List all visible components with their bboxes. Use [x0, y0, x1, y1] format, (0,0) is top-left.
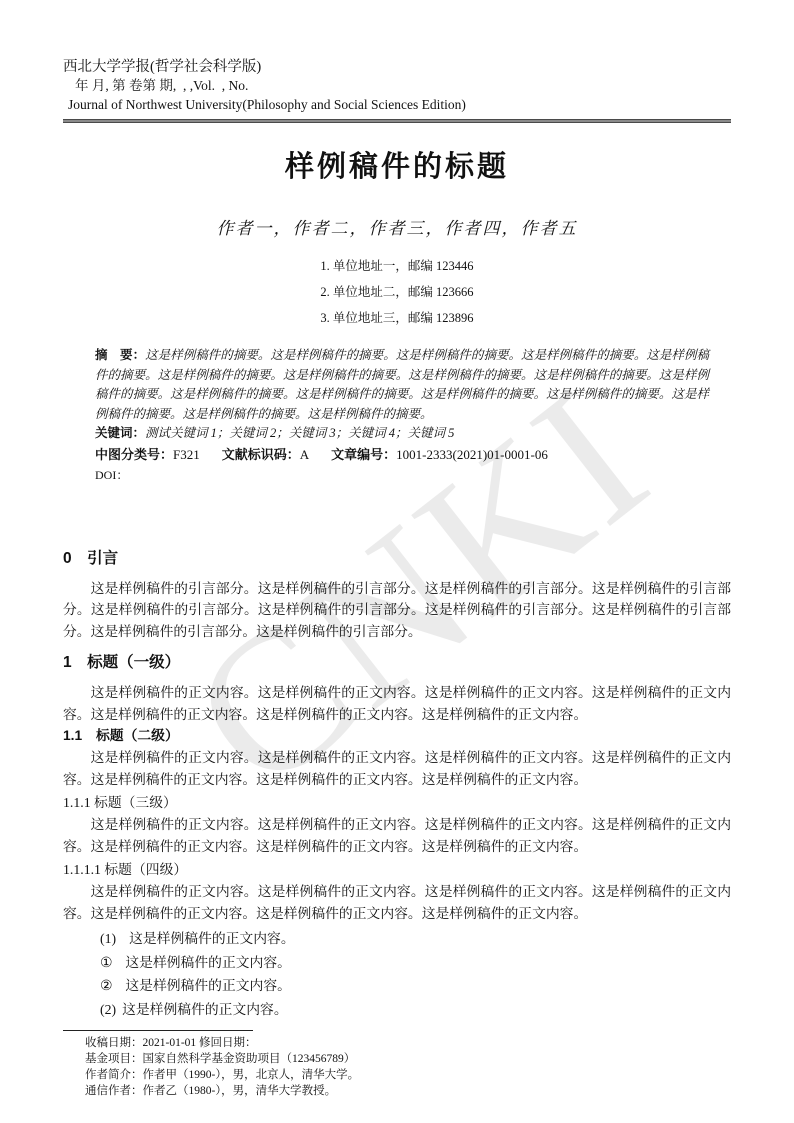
keywords-text: 测试关键词 1；关键词 2；关键词 3；关键词 4；关键词 5 — [145, 426, 454, 440]
article-title: 样例稿件的标题 — [63, 149, 731, 185]
section-heading-intro: 0 引言 — [63, 549, 731, 569]
list-item: (2)这是样例稿件的正文内容。 — [63, 998, 731, 1022]
list-item-text: 这是样例稿件的正文内容。 — [125, 955, 291, 970]
list-item: (1)这是样例稿件的正文内容。 — [63, 927, 731, 951]
footnote-author-bio: 作者简介：作者甲（1990-），男，北京人，清华大学。 — [85, 1067, 731, 1083]
abstract-label: 摘 要： — [95, 348, 145, 362]
keywords-line: 关键词：测试关键词 1；关键词 2；关键词 3；关键词 4；关键词 5 — [95, 424, 709, 444]
abstract-block: 摘 要：这是样例稿件的摘要。这是样例稿件的摘要。这是样例稿件的摘要。这是样例稿件… — [95, 346, 709, 424]
affiliation-list: 1. 单位地址一，邮编 123446 2. 单位地址二，邮编 123666 3.… — [63, 253, 731, 331]
journal-name-cn: 西北大学学报(哲学社会科学版) — [63, 0, 731, 76]
doc-code-label: 文献标识码： — [222, 447, 300, 462]
footnote-rule — [63, 1030, 253, 1031]
clc-label: 中图分类号： — [95, 447, 173, 462]
affiliation-item: 1. 单位地址一，邮编 123446 — [63, 253, 731, 279]
list-item-text: 这是样例稿件的正文内容。 — [122, 1002, 288, 1017]
body-paragraph: 这是样例稿件的正文内容。这是样例稿件的正文内容。这是样例稿件的正文内容。这是样例… — [63, 814, 731, 857]
section-heading-1-1-1: 1.1.1 标题（三级） — [63, 794, 731, 812]
list-item-marker: (1) — [100, 927, 116, 951]
list-item-marker: (2) — [100, 998, 116, 1022]
journal-name-en: Journal of Northwest University(Philosop… — [63, 95, 731, 114]
footnote-corresponding-author: 通信作者：作者乙（1980-），男，清华大学教授。 — [85, 1083, 731, 1099]
list-item-marker: ① — [100, 951, 112, 975]
body-paragraph: 这是样例稿件的正文内容。这是样例稿件的正文内容。这是样例稿件的正文内容。这是样例… — [63, 682, 731, 725]
list-item-text: 这是样例稿件的正文内容。 — [129, 931, 295, 946]
footnote-funding: 基金项目：国家自然科学基金资助项目（123456789） — [85, 1051, 731, 1067]
header-double-rule — [63, 119, 731, 123]
list-item: ①这是样例稿件的正文内容。 — [63, 951, 731, 975]
page-content: 西北大学学报(哲学社会科学版) 年 月, 第 卷第 期, , ,Vol. , N… — [63, 0, 731, 1099]
affiliation-item: 2. 单位地址二，邮编 123666 — [63, 279, 731, 305]
article-id-pair: 文章编号：1001-2333(2021)01-0001-06 — [331, 447, 548, 462]
clc-pair: 中图分类号：F321 — [95, 447, 200, 462]
section-heading-1-1-1-1: 1.1.1.1 标题（四级） — [63, 861, 731, 879]
section-heading-1-1: 1.1 标题（二级） — [63, 727, 731, 745]
doc-code-pair: 文献标识码：A — [222, 447, 309, 462]
clc-value: F321 — [173, 447, 200, 462]
body-paragraph: 这是样例稿件的正文内容。这是样例稿件的正文内容。这是样例稿件的正文内容。这是样例… — [63, 881, 731, 924]
article-id-label: 文章编号： — [331, 447, 396, 462]
numbered-list: (1)这是样例稿件的正文内容。 ①这是样例稿件的正文内容。 ②这是样例稿件的正文… — [63, 927, 731, 1021]
list-item-marker: ② — [100, 974, 112, 998]
classification-line: 中图分类号：F321文献标识码：A文章编号：1001-2333(2021)01-… — [95, 445, 709, 465]
intro-paragraph: 这是样例稿件的引言部分。这是样例稿件的引言部分。这是样例稿件的引言部分。这是样例… — [63, 578, 731, 643]
affiliation-item: 3. 单位地址三，邮编 123896 — [63, 305, 731, 331]
footnote-block: 收稿日期：2021-01-01 修回日期： 基金项目：国家自然科学基金资助项目（… — [63, 1035, 731, 1099]
journal-running-head: 西北大学学报(哲学社会科学版) 年 月, 第 卷第 期, , ,Vol. , N… — [63, 0, 731, 123]
abstract-text: 这是样例稿件的摘要。这是样例稿件的摘要。这是样例稿件的摘要。这是样例稿件的摘要。… — [95, 348, 709, 421]
list-item: ②这是样例稿件的正文内容。 — [63, 974, 731, 998]
author-list: 作者一，作者二，作者三，作者四，作者五 — [63, 218, 731, 240]
list-item-text: 这是样例稿件的正文内容。 — [125, 978, 291, 993]
section-heading-1: 1 标题（一级） — [63, 653, 731, 673]
body-paragraph: 这是样例稿件的正文内容。这是样例稿件的正文内容。这是样例稿件的正文内容。这是样例… — [63, 747, 731, 790]
manuscript-page: CNKI 西北大学学报(哲学社会科学版) 年 月, 第 卷第 期, , ,Vol… — [0, 0, 794, 1123]
journal-issue-line: 年 月, 第 卷第 期, , ,Vol. , No. — [63, 76, 731, 95]
keywords-label: 关键词： — [95, 426, 145, 440]
footnote-received-date: 收稿日期：2021-01-01 修回日期： — [85, 1035, 731, 1051]
article-id-value: 1001-2333(2021)01-0001-06 — [396, 447, 548, 462]
doc-code-value: A — [300, 447, 309, 462]
doi-line: DOI： — [95, 467, 709, 483]
